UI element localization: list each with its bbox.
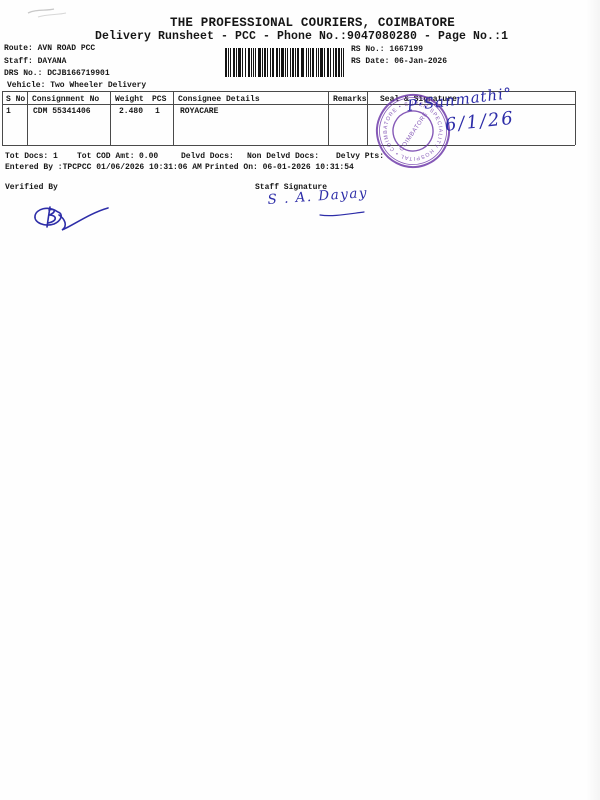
table-vline xyxy=(27,91,28,145)
document-title: THE PROFESSIONAL COURIERS, COIMBATORE xyxy=(170,16,455,30)
table-vline xyxy=(328,91,329,145)
table-vline xyxy=(173,91,174,145)
verified-by-signature xyxy=(28,200,123,238)
col-header-consignee: Consignee Details xyxy=(178,95,260,104)
table-vline xyxy=(2,91,3,145)
tot-cod-label: Tot COD Amt: xyxy=(77,152,135,161)
row-cell-pcs: 1 xyxy=(155,107,160,116)
table-vline xyxy=(367,91,368,145)
table-vline xyxy=(110,91,111,145)
drs-no-line: DRS No.: DCJB166719901 xyxy=(4,69,110,78)
col-header-remarks: Remarks xyxy=(333,95,367,104)
scanned-runsheet-page: THE PROFESSIONAL COURIERS, COIMBATORE De… xyxy=(0,0,600,800)
staff-signature-flourish xyxy=(318,209,368,219)
col-header-sno: S No xyxy=(6,95,25,104)
rs-date-line: RS Date: 06-Jan-2026 xyxy=(351,57,447,66)
non-delvd-docs-label: Non Delvd Docs: xyxy=(247,152,319,161)
scan-edge-shading xyxy=(586,0,600,800)
tot-cod-value: 0.00 xyxy=(139,152,158,161)
pencil-scribble-mark xyxy=(22,4,72,22)
col-header-pcs: PCS xyxy=(152,95,166,104)
document-subtitle: Delivery Runsheet - PCC - Phone No.:9047… xyxy=(95,30,508,43)
row-cell-consignment: CDM 55341406 xyxy=(33,107,91,116)
table-bottom-border xyxy=(2,145,575,146)
barcode xyxy=(225,48,348,77)
staff-line: Staff: DAYANA xyxy=(4,57,66,66)
table-vline xyxy=(575,91,576,145)
row-cell-sno: 1 xyxy=(6,107,11,116)
entered-by-line: Entered By :TPCPCC 01/06/2026 10:31:06 A… xyxy=(5,163,202,172)
col-header-consignment: Consignment No xyxy=(32,95,99,104)
tot-docs-label: Tot Docs: xyxy=(5,152,48,161)
printed-on-line: Printed On: 06-01-2026 10:31:54 xyxy=(205,163,354,172)
row-cell-consignee: ROYACARE xyxy=(180,107,218,116)
rs-no-line: RS No.: 1667199 xyxy=(351,45,423,54)
row-cell-weight: 2.480 xyxy=(119,107,143,116)
tot-docs-value: 1 xyxy=(53,152,58,161)
delvd-docs-label: Delvd Docs: xyxy=(181,152,234,161)
verified-by-label: Verified By xyxy=(5,183,58,192)
col-header-weight: Weight xyxy=(115,95,144,104)
vehicle-line: Vehicle: Two Wheeler Delivery xyxy=(7,81,146,90)
route-line: Route: AVN ROAD PCC xyxy=(4,44,95,53)
